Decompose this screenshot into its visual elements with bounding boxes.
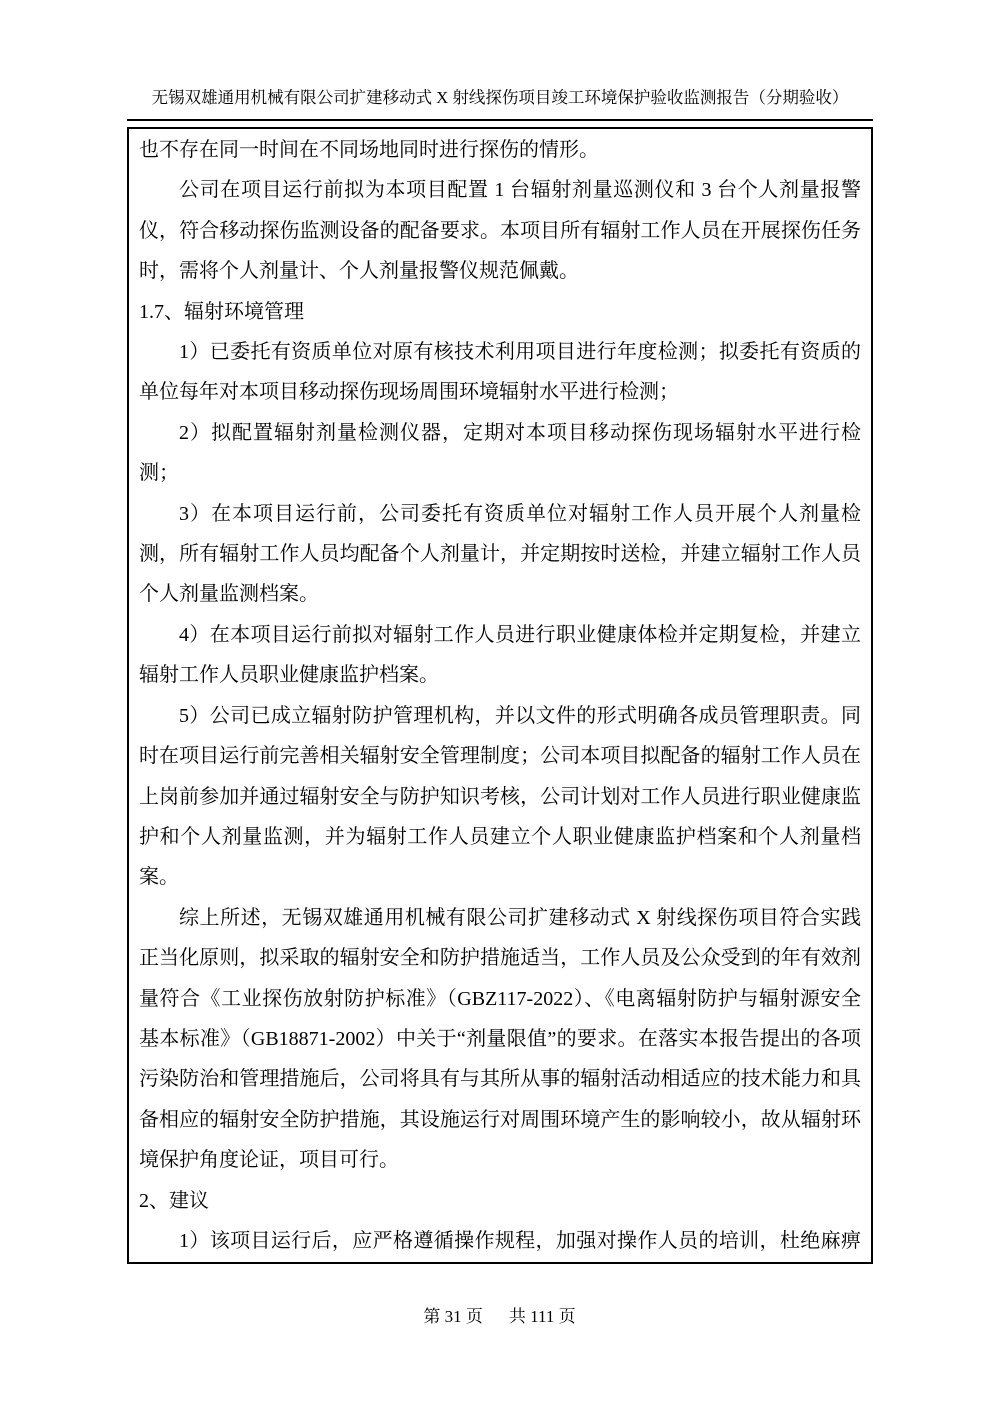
footer-current-page: 第 31 页 [423, 1307, 483, 1326]
page-footer: 第 31 页共 111 页 [0, 1305, 999, 1329]
paragraph: 综上所述，无锡双雄通用机械有限公司扩建移动式 X 射线探伤项目符合实践正当化原则… [139, 898, 861, 1181]
content-box: 也不存在同一时间在不同场地同时进行探伤的情形。公司在项目运行前拟为本项目配置 1… [127, 127, 873, 1264]
paragraph: 4）在本项目运行前拟对辐射工作人员进行职业健康体检并定期复检，并建立辐射工作人员… [139, 615, 861, 696]
paragraph: 也不存在同一时间在不同场地同时进行探伤的情形。 [139, 130, 861, 170]
section-heading: 1.7、辐射环境管理 [139, 292, 861, 332]
paragraph: 5）公司已成立辐射防护管理机构，并以文件的形式明确各成员管理职责。同时在项目运行… [139, 696, 861, 898]
paragraph: 2）拟配置辐射剂量检测仪器，定期对本项目移动探伤现场辐射水平进行检测； [139, 413, 861, 494]
page-header-title: 无锡双雄通用机械有限公司扩建移动式 X 射线探伤项目竣工环境保护验收监测报告（分… [127, 86, 873, 121]
section-heading: 2、建议 [139, 1181, 861, 1221]
paragraph: 1）已委托有资质单位对原有核技术利用项目进行年度检测；拟委托有资质的单位每年对本… [139, 332, 861, 413]
footer-total-pages: 共 111 页 [509, 1307, 576, 1326]
paragraph: 3）在本项目运行前，公司委托有资质单位对辐射工作人员开展个人剂量检测，所有辐射工… [139, 494, 861, 615]
paragraph: 公司在项目运行前拟为本项目配置 1 台辐射剂量巡测仪和 3 台个人剂量报警仪，符… [139, 170, 861, 291]
document-page: 无锡双雄通用机械有限公司扩建移动式 X 射线探伤项目竣工环境保护验收监测报告（分… [0, 0, 999, 1413]
paragraph: 1）该项目运行后，应严格遵循操作规程，加强对操作人员的培训，杜绝麻痹大意思想，避… [139, 1221, 861, 1264]
